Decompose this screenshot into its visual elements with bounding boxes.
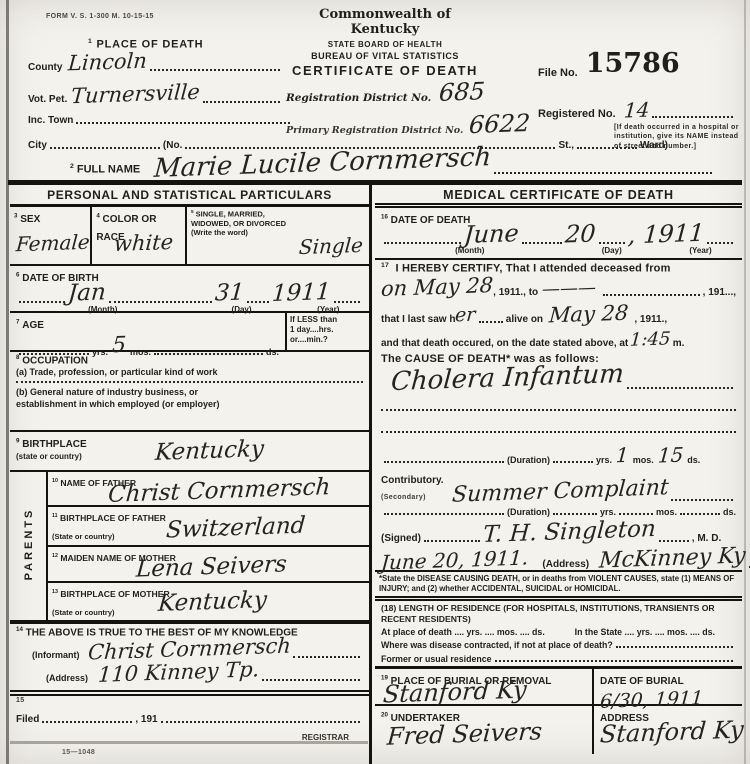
full-name-value: Marie Lucile Cornmersch — [153, 144, 492, 182]
cause-value: Cholera Infantum — [390, 361, 625, 395]
dod-leader-2 — [522, 240, 562, 244]
undertaker-address-cell: ADDRESS Stanford Ky — [594, 706, 742, 754]
residence-contracted: Where was disease contracted, if not at … — [381, 640, 613, 650]
certificate-title: CERTIFICATE OF DEATH — [288, 63, 482, 78]
residence-former: Former or usual residence — [381, 654, 492, 664]
certify-death-line: and that death occured, on the date stat… — [381, 331, 736, 349]
age-less-box: If LESS than 1 day....hrs. or....min.? — [285, 313, 369, 350]
primary-district-label: Primary Registration District No. — [286, 125, 463, 136]
certify-num: 17 — [381, 262, 389, 269]
father-name-row: 10 NAME OF FATHER Christ Cornmersch — [48, 472, 369, 507]
filed-label: Filed — [16, 714, 39, 725]
attest-num: 14 — [16, 626, 23, 633]
medical-column: MEDICAL CERTIFICATE OF DEATH 16 DATE OF … — [375, 185, 742, 754]
parents-rows: 10 NAME OF FATHER Christ Cornmersch 11 B… — [48, 472, 369, 620]
duration1-leader2 — [553, 459, 593, 463]
mother-bp-num: 13 — [52, 589, 58, 595]
informant-address-row: (Address) 110 Kinney Tp. — [16, 662, 363, 683]
age-less-1: If LESS than — [290, 315, 366, 325]
mother-name-row: 12 MAIDEN NAME OF MOTHER Lena Seivers — [48, 547, 369, 583]
birthplace-value: Kentucky — [154, 438, 264, 465]
duration1-mos-value: 1 — [615, 444, 629, 465]
contributory-value: Summer Complaint — [451, 477, 669, 507]
father-value: Christ Cornmersch — [107, 476, 331, 507]
residence-in-state: In the State .... yrs. .... mos. .... ds… — [575, 627, 736, 637]
father-birthplace-row: 11 BIRTHPLACE OF FATHER (State or countr… — [48, 507, 369, 547]
certify-death-print2: m. — [673, 338, 685, 349]
cause-rule-2 — [381, 429, 736, 433]
mother-num: 12 — [52, 553, 58, 559]
certify-from-print: , 1911., to — [493, 287, 538, 298]
hospital-note: [If death occurred in a hospital or inst… — [614, 123, 740, 151]
dob-line: Jan 31 1911 — [16, 282, 363, 305]
father-bp-hint: (State or country) — [52, 532, 115, 541]
certify-from-hand: on May 28 — [380, 275, 494, 300]
vot-pet-label: Vot. Pet. — [28, 94, 67, 105]
duration1-yrs: yrs. — [596, 455, 612, 465]
dod-block: 16 DATE OF DEATH June 20 , 1911 (Month) … — [375, 208, 742, 260]
signed-value: T. H. Singleton — [482, 518, 656, 547]
certify-death-hand: 1:45 — [630, 330, 672, 349]
birthplace-block: 9 BIRTHPLACE (state or country) Kentucky — [10, 432, 369, 472]
city-label: City — [28, 140, 47, 151]
dod-label: DATE OF DEATH — [391, 215, 471, 226]
cause-footnote: *State the DISEASE CAUSING DEATH, or in … — [375, 570, 742, 601]
dob-leader-4 — [334, 299, 360, 303]
marital-num: 5 — [191, 209, 194, 214]
parents-block: PARENTS 10 NAME OF FATHER Christ Cornmer… — [10, 472, 369, 624]
dod-leader-3 — [599, 240, 625, 244]
age-num: 7 — [16, 319, 19, 326]
certify-saw-hand1: er — [455, 305, 477, 325]
undertaker-address-value: Stanford Ky — [599, 718, 744, 747]
registered-no-row: Registered No. 14 — [538, 100, 736, 120]
father-bp-value: Switzerland — [165, 515, 306, 543]
death-certificate-scan: FORM V. S. 1-300 M. 10-15-15 Commonwealt… — [0, 0, 750, 764]
duration2-leader1 — [384, 511, 504, 515]
certify-line1: I HEREBY CERTIFY, That I attended deceas… — [396, 263, 671, 275]
file-no-label: File No. — [538, 67, 578, 79]
occupation-block: 8 OCCUPATION (a) Trade, profession, or p… — [10, 352, 369, 432]
dod-leader-1 — [384, 240, 461, 244]
file-no-row: File No. 15786 — [538, 48, 736, 79]
filed-leader-1 — [42, 719, 132, 723]
certify-death-print1: and that death occured, on the date stat… — [381, 338, 628, 349]
dob-day-value: 31 — [214, 281, 245, 305]
place-of-death-num: 1 — [88, 38, 93, 45]
registration-district-row: Registration District No. 685 — [286, 80, 536, 104]
certify-block: 17 I HEREBY CERTIFY, That I attended dec… — [375, 260, 742, 570]
duration2-mos: mos. — [656, 507, 677, 517]
scan-smudge — [10, 741, 368, 744]
mother-bp-hint: (State or country) — [52, 608, 115, 617]
contributory-label: Contributory. — [381, 475, 444, 486]
filed-leader-2 — [161, 719, 360, 723]
residence-former-row: Former or usual residence — [381, 654, 736, 664]
signed-line: (Signed) T. H. Singleton , M. D. — [381, 521, 736, 544]
registration-district-label: Registration District No. — [286, 92, 431, 104]
marital-label: SINGLE, MARRIED, WIDOWED, OR DIVORCED — [191, 210, 286, 228]
burial-table: 19 PLACE OF BURIAL OR REMOVAL Stanford K… — [375, 666, 742, 754]
duration1-leader — [384, 459, 504, 463]
cause-rule-1 — [381, 407, 736, 411]
undertaker-num: 20 — [381, 712, 388, 719]
signed-address-label: (Address) — [542, 559, 589, 570]
cause-leader — [627, 385, 733, 389]
dob-year-value: 1911 — [272, 281, 332, 306]
full-name-row: 2 FULL NAME Marie Lucile Cornmersch — [70, 150, 715, 176]
burial-value: Stanford Ky — [382, 678, 527, 707]
duration1-ds-value: 15 — [657, 444, 684, 465]
filed-block: 15 Filed , 191 REGISTRAR — [10, 696, 369, 756]
dob-num: 6 — [16, 272, 19, 279]
father-bp-num: 11 — [52, 513, 58, 519]
county-row: County Lincoln — [28, 52, 283, 73]
residence-contracted-row: Where was disease contracted, if not at … — [381, 640, 736, 650]
inc-town-row: Inc. Town — [28, 115, 293, 126]
occupation-b: (b) General nature of industry business,… — [16, 387, 256, 410]
father-num: 10 — [52, 478, 58, 484]
county-value: Lincoln — [68, 51, 148, 75]
sex-value: Female — [15, 232, 90, 255]
residence-label: LENGTH OF RESIDENCE (FOR HOSPITALS, INST… — [381, 603, 715, 624]
marital-hint: (Write the word) — [191, 228, 248, 237]
cause-line: Cholera Infantum — [381, 365, 736, 391]
form-number: FORM V. S. 1-300 M. 10-15-15 — [46, 13, 154, 20]
age-block: 7 AGE yrs. 5 mos. ds. If LESS than 1 day… — [10, 313, 369, 352]
inc-town-leader — [76, 120, 290, 124]
sex-label: SEX — [20, 214, 40, 225]
sex-cell: 3 SEX Female — [10, 207, 92, 264]
dob-month-value: Jan — [67, 281, 106, 305]
mother-value: Lena Seivers — [135, 553, 287, 581]
informant-address-leader — [262, 677, 360, 681]
certify-saw-line: that I last saw h er alive on May 28 , 1… — [381, 304, 736, 325]
vot-pet-value: Turnersville — [71, 82, 201, 108]
signed-leader2 — [659, 538, 689, 542]
signed-address-value: McKinney Ky — [598, 545, 746, 572]
primary-district-row: Primary Registration District No. 6622 — [286, 112, 546, 136]
race-cell: 4 COLOR OR RACE white — [92, 207, 187, 264]
residence-block: (18) LENGTH OF RESIDENCE (FOR HOSPITALS,… — [375, 601, 742, 666]
sex-num: 3 — [14, 213, 17, 220]
marital-value: Single — [298, 235, 363, 257]
informant-label: (Informant) — [32, 650, 80, 660]
burial-date-cell: DATE OF BURIAL 6/30, 1911 — [594, 669, 742, 706]
residence-contracted-leader — [616, 644, 733, 648]
filed-num: 15 — [16, 697, 363, 704]
certify-to-print: , 191..., — [703, 287, 736, 298]
dob-leader-3 — [247, 299, 269, 303]
undertaker-cell: 20 UNDERTAKER Fred Seivers — [375, 706, 594, 754]
personal-column: PERSONAL AND STATISTICAL PARTICULARS 3 S… — [10, 185, 372, 764]
filed-year-label: , 191 — [135, 714, 157, 725]
certify-saw-print1: that I last saw h — [381, 314, 455, 325]
scan-edge-right — [744, 0, 746, 764]
file-no-value: 15786 — [586, 48, 680, 79]
inc-town-label: Inc. Town — [28, 115, 73, 126]
certify-saw-print3: , 1911., — [634, 314, 667, 325]
mother-bp-value: Kentucky — [157, 589, 267, 616]
full-name-label: FULL NAME — [77, 164, 140, 176]
filed-row: Filed , 191 — [16, 714, 363, 725]
duration2-ds: ds. — [723, 507, 736, 517]
occupation-num: 8 — [16, 354, 19, 361]
medical-title: MEDICAL CERTIFICATE OF DEATH — [375, 185, 742, 208]
race-num: 4 — [96, 213, 99, 220]
county-leader — [150, 67, 280, 71]
occupation-label: OCCUPATION — [22, 355, 88, 366]
occupation-a: (a) Trade, profession, or particular kin… — [16, 367, 256, 379]
occupation-a-leader — [16, 379, 363, 383]
duration1-mos: mos. — [633, 455, 654, 465]
signed-md-suffix: , M. D. — [692, 533, 721, 544]
duration-line-2: (Duration) yrs. mos. ds. — [381, 507, 736, 517]
race-value: white — [114, 232, 175, 255]
dod-leader-4 — [707, 240, 733, 244]
parents-label: PARENTS — [23, 499, 35, 589]
residence-num: (18) — [381, 603, 396, 613]
contributory-line: Contributory. (Secondary) Summer Complai… — [381, 471, 736, 503]
dob-leader-2 — [109, 299, 212, 303]
contributory-hint: (Secondary) — [381, 494, 426, 501]
vot-pet-row: Vot. Pet. Turnersville — [28, 84, 283, 105]
residence-at-place: At place of death .... yrs. .... mos. ..… — [381, 627, 575, 637]
age-label: AGE — [22, 320, 44, 331]
full-name-heading: 2 FULL NAME — [70, 163, 140, 176]
father-bp-label: BIRTHPLACE OF FATHER — [60, 513, 166, 523]
residence-former-leader — [495, 658, 734, 662]
full-name-leader — [494, 170, 712, 174]
marital-cell: 5 SINGLE, MARRIED, WIDOWED, OR DIVORCED … — [187, 207, 369, 264]
dod-day-value: 20 — [564, 221, 596, 246]
registered-no-label: Registered No. — [538, 108, 616, 120]
duration-line-1: (Duration) yrs. 1 mos. 15 ds. — [381, 445, 736, 465]
masthead: Commonwealth of Kentucky STATE BOARD OF … — [288, 7, 482, 78]
signed-leader — [424, 538, 480, 542]
mother-bp-label: BIRTHPLACE OF MOTHER — [60, 589, 169, 599]
signed-date-value: June 20, 1911. — [380, 547, 529, 572]
dod-num: 16 — [381, 214, 388, 221]
dod-year-value: , 1911 — [627, 221, 705, 248]
mother-birthplace-row: 13 BIRTHPLACE OF MOTHER (State or countr… — [48, 583, 369, 620]
signed-label: (Signed) — [381, 533, 421, 544]
undertaker-value: Fred Seivers — [386, 720, 543, 749]
certify-saw-print2: alive on — [506, 314, 543, 325]
masthead-commonwealth: Commonwealth of Kentucky — [288, 7, 482, 37]
masthead-board: STATE BOARD OF HEALTH — [288, 40, 482, 49]
county-label: County — [28, 62, 62, 73]
duration2-leader2 — [553, 511, 597, 515]
duration1-label: (Duration) — [507, 455, 550, 465]
vot-pet-leader — [203, 99, 280, 103]
birthplace-label: BIRTHPLACE — [22, 439, 86, 450]
certify-to-dash: ——— — [542, 279, 597, 299]
dob-block: 6 DATE OF BIRTH Jan 31 1911 (Month) (Day… — [10, 266, 369, 313]
age-less-3: or....min.? — [290, 335, 366, 345]
duration2-label: (Duration) — [507, 507, 550, 517]
duration2-leader4 — [680, 511, 720, 515]
birthplace-num: 9 — [16, 438, 19, 445]
certify-to-leader — [603, 292, 699, 296]
burial-place-cell: 19 PLACE OF BURIAL OR REMOVAL Stanford K… — [375, 669, 594, 706]
registered-no-leader — [652, 114, 733, 118]
residence-duration-row: At place of death .... yrs. .... mos. ..… — [381, 627, 736, 637]
signed-date-line: June 20, 1911. (Address) McKinney Ky — [381, 548, 736, 570]
burial-date-label: DATE OF BURIAL — [600, 676, 684, 687]
contributory-leader — [671, 497, 733, 501]
city-leader-1 — [50, 145, 160, 149]
informant-row: (Informant) Christ Cornmersch — [16, 639, 363, 660]
personal-title: PERSONAL AND STATISTICAL PARTICULARS — [10, 185, 369, 207]
primary-district-value: 6622 — [468, 111, 531, 137]
age-less-2: 1 day....hrs. — [290, 325, 366, 335]
duration2-yrs: yrs. — [600, 507, 616, 517]
informant-leader — [293, 654, 360, 658]
print-code: 15—1048 — [62, 749, 95, 756]
informant-address-label: (Address) — [46, 673, 88, 683]
age-main: 7 AGE yrs. 5 mos. ds. — [10, 313, 285, 350]
dod-month-value: June — [464, 221, 520, 247]
duration1-ds: ds. — [687, 455, 700, 465]
registered-no-value: 14 — [623, 100, 650, 121]
duration2-leader3 — [619, 511, 653, 515]
informant-address-value: 110 Kinney Tp. — [97, 659, 260, 686]
masthead-bureau: BUREAU OF VITAL STATISTICS — [288, 51, 482, 61]
certify-saw-leader — [479, 319, 503, 323]
parents-label-cell: PARENTS — [10, 472, 48, 620]
dob-leader-1 — [19, 299, 65, 303]
attest-block: 14 THE ABOVE IS TRUE TO THE BEST OF MY K… — [10, 624, 369, 696]
certify-saw-hand2: May 28 — [548, 302, 629, 326]
registration-district-value: 685 — [439, 79, 486, 105]
full-name-num: 2 — [70, 163, 74, 170]
scan-edge-left — [6, 0, 9, 764]
sex-race-marital-row: 3 SEX Female 4 COLOR OR RACE white 5 SIN… — [10, 207, 369, 266]
certify-from-line: on May 28 , 1911., to ——— , 191..., — [381, 277, 736, 298]
